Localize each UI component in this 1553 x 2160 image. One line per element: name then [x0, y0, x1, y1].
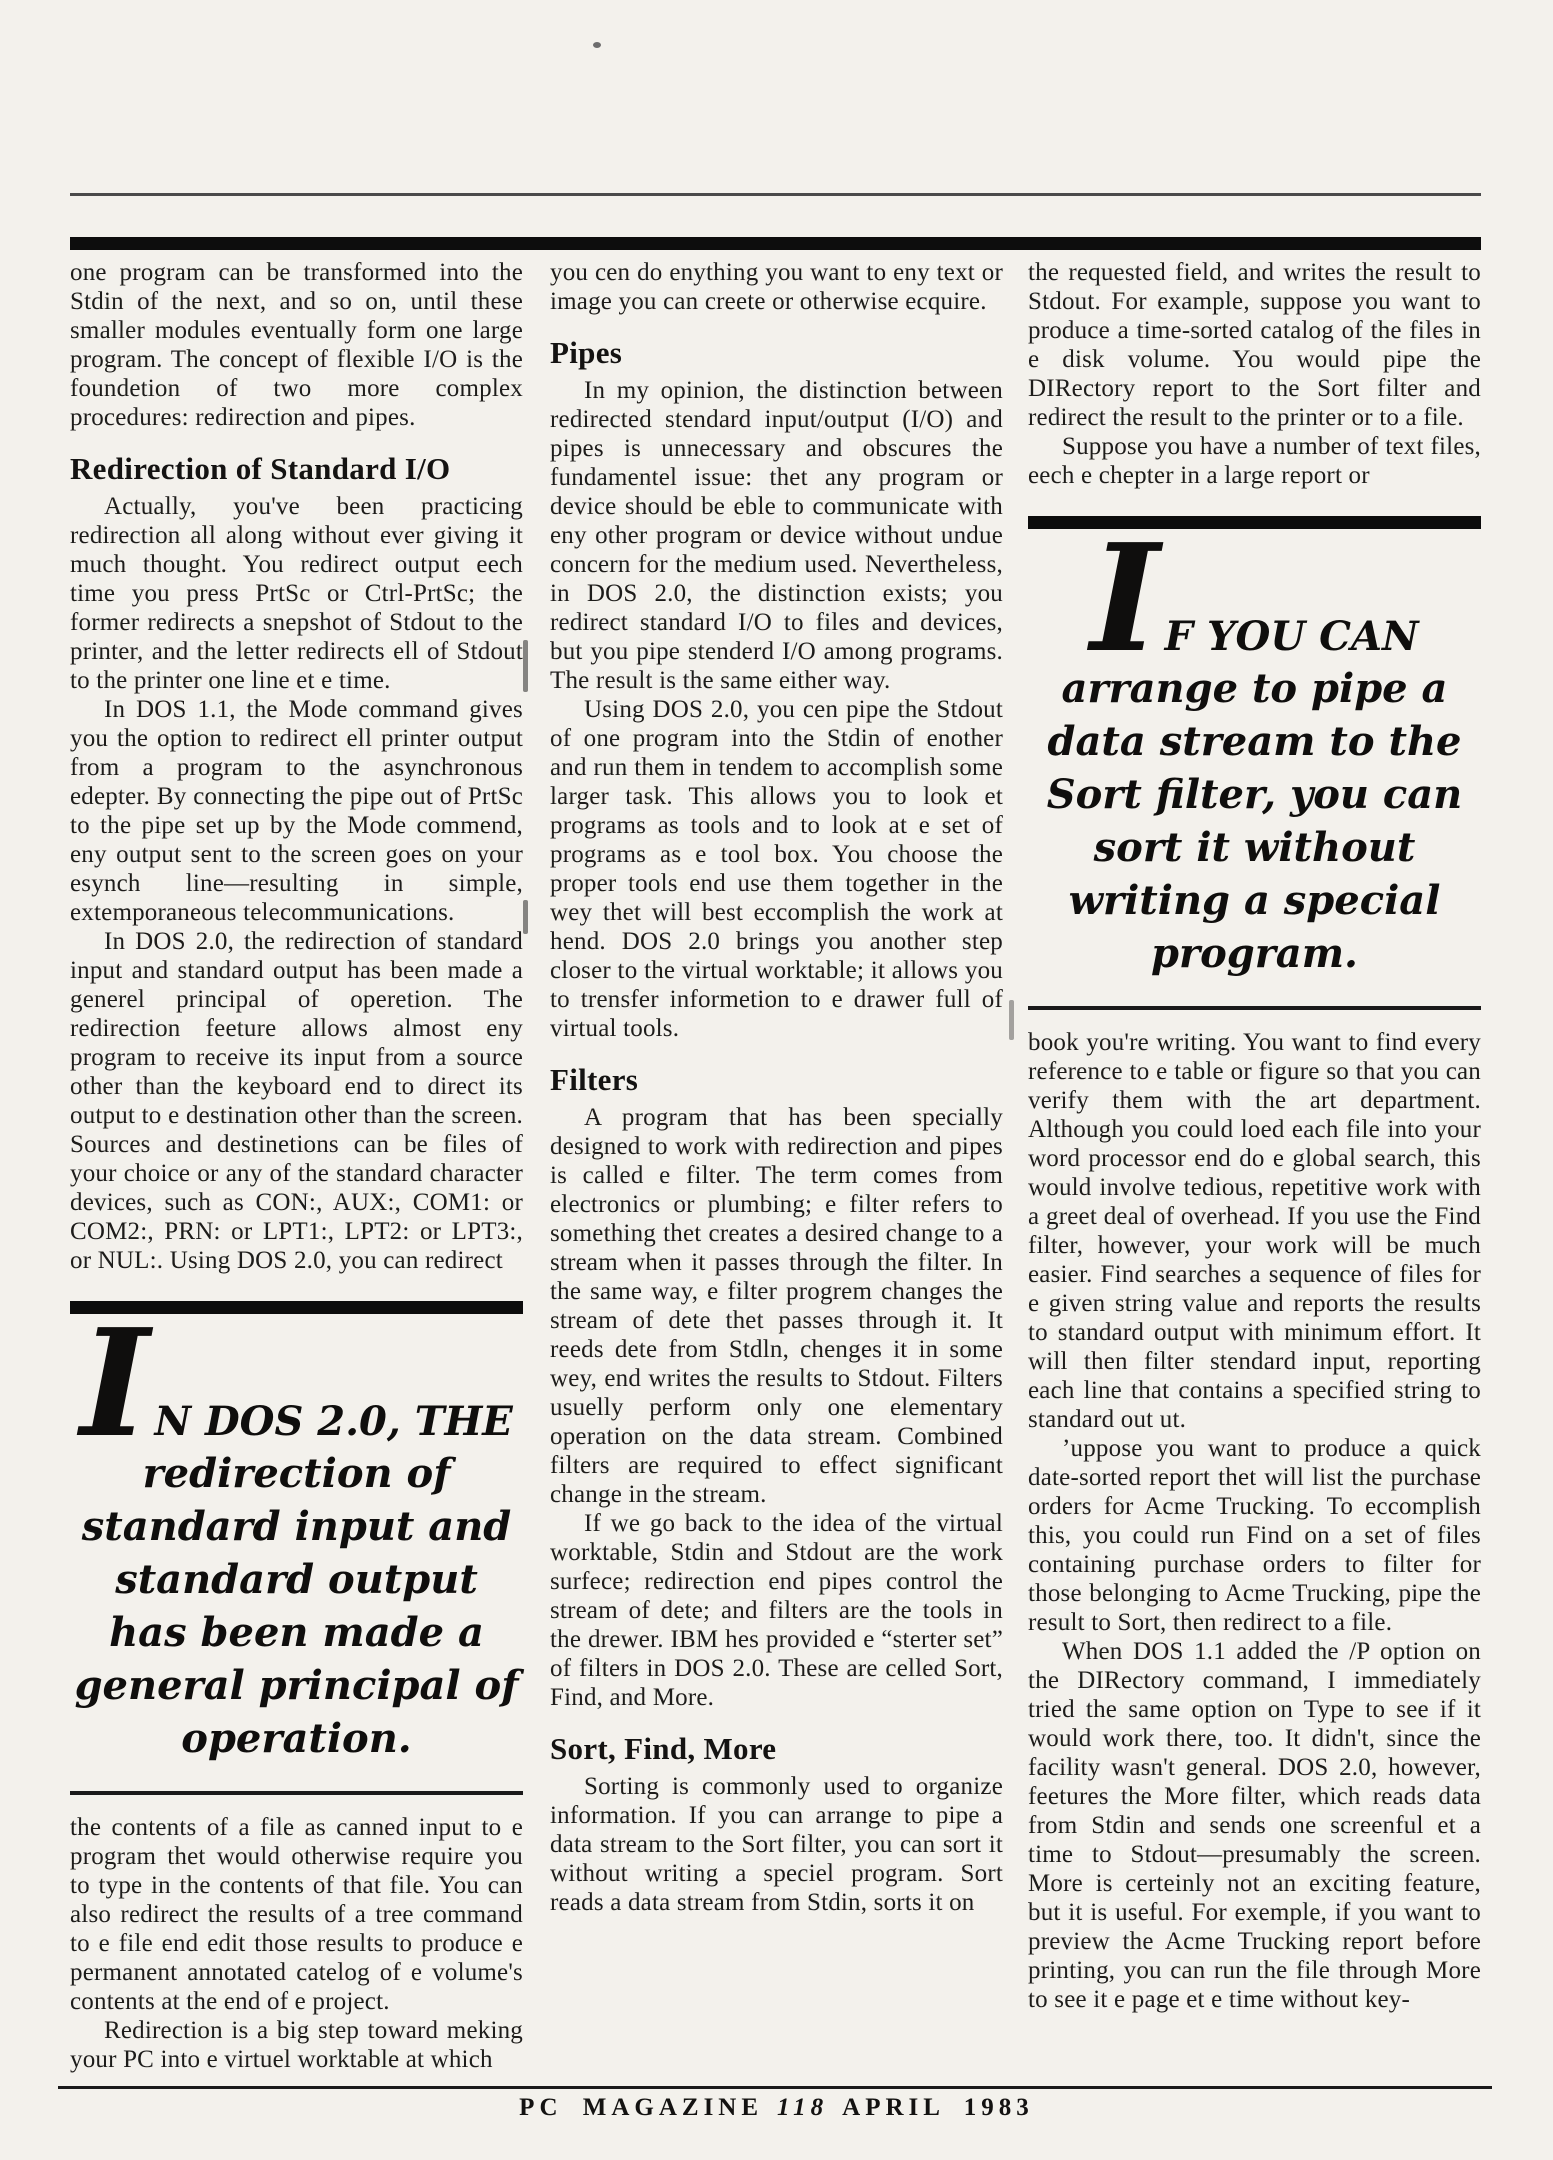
pull-quote-text: arrange to pipe a data stream to the Sor…	[1032, 662, 1477, 980]
scan-speck	[593, 42, 601, 48]
paragraph: the contents of a file as canned input t…	[70, 1813, 523, 2016]
section-heading-filters: Filters	[550, 1063, 1003, 1097]
paragraph: ’uppose you want to produce a quick date…	[1028, 1434, 1481, 1637]
magazine-page: one program can be transformed into the …	[0, 0, 1553, 2160]
scan-artifact	[1009, 1000, 1014, 1040]
paragraph: Using DOS 2.0, you cen pipe the Stdout o…	[550, 695, 1003, 1043]
section-heading-sort-find-more: Sort, Find, More	[550, 1732, 1003, 1766]
pull-quote-dropcap: I	[1090, 539, 1159, 657]
top-thin-rule	[70, 193, 1481, 196]
page-footer: PC MAGAZINE118APRIL 1983	[0, 2094, 1553, 2122]
paragraph: When DOS 1.1 added the /P option on the …	[1028, 1637, 1481, 2014]
paragraph: the requested field, and writes the resu…	[1028, 258, 1481, 432]
paragraph: you cen do enything you want to eny text…	[550, 258, 1003, 316]
footer-rule	[58, 2086, 1492, 2089]
pull-quote-lead-line: I N DOS 2.0, THE	[74, 1324, 519, 1445]
issue-date: APRIL 1983	[842, 2094, 1034, 2121]
pull-quote-dropcap: I	[80, 1324, 149, 1442]
paragraph: In DOS 1.1, the Mode command gives you t…	[70, 695, 523, 927]
paragraph: A program that has been specially design…	[550, 1103, 1003, 1509]
article-column-1: one program can be transformed into the …	[70, 258, 523, 2074]
section-heading-pipes: Pipes	[550, 336, 1003, 370]
article-column-2: you cen do enything you want to eny text…	[550, 258, 1003, 1917]
scan-artifact	[523, 900, 528, 934]
section-heading-redirection: Redirection of Standard I/O	[70, 452, 523, 486]
scan-artifact	[523, 640, 528, 692]
top-thick-rule	[70, 237, 1481, 250]
paragraph: Actually, you've been practicing redirec…	[70, 492, 523, 695]
page-number: 118	[777, 2094, 828, 2121]
pull-quote-lead: F YOU CAN	[1165, 613, 1419, 660]
pull-quote-lead: N DOS 2.0, THE	[154, 1398, 512, 1445]
paragraph: Suppose you have a number of text files,…	[1028, 432, 1481, 490]
article-column-3: the requested field, and writes the resu…	[1028, 258, 1481, 2014]
paragraph: one program can be transformed into the …	[70, 258, 523, 432]
magazine-name: PC MAGAZINE	[519, 2094, 763, 2121]
paragraph: If we go back to the idea of the virtual…	[550, 1509, 1003, 1712]
paragraph: In DOS 2.0, the redirection of standard …	[70, 927, 523, 1275]
pull-quote-sort-filter: I F YOU CAN arrange to pipe a data strea…	[1028, 516, 1481, 1010]
pull-quote-lead-line: I F YOU CAN	[1032, 539, 1477, 660]
paragraph: book you're writing. You want to find ev…	[1028, 1028, 1481, 1434]
paragraph: Redirection is a big step toward meking …	[70, 2016, 523, 2074]
pull-quote-text: redirection of standard input and standa…	[74, 1447, 519, 1765]
paragraph: In my opinion, the distinction between r…	[550, 376, 1003, 695]
pull-quote-dos20: I N DOS 2.0, THE redirection of standard…	[70, 1301, 523, 1795]
paragraph: Sorting is commonly used to organize inf…	[550, 1772, 1003, 1917]
